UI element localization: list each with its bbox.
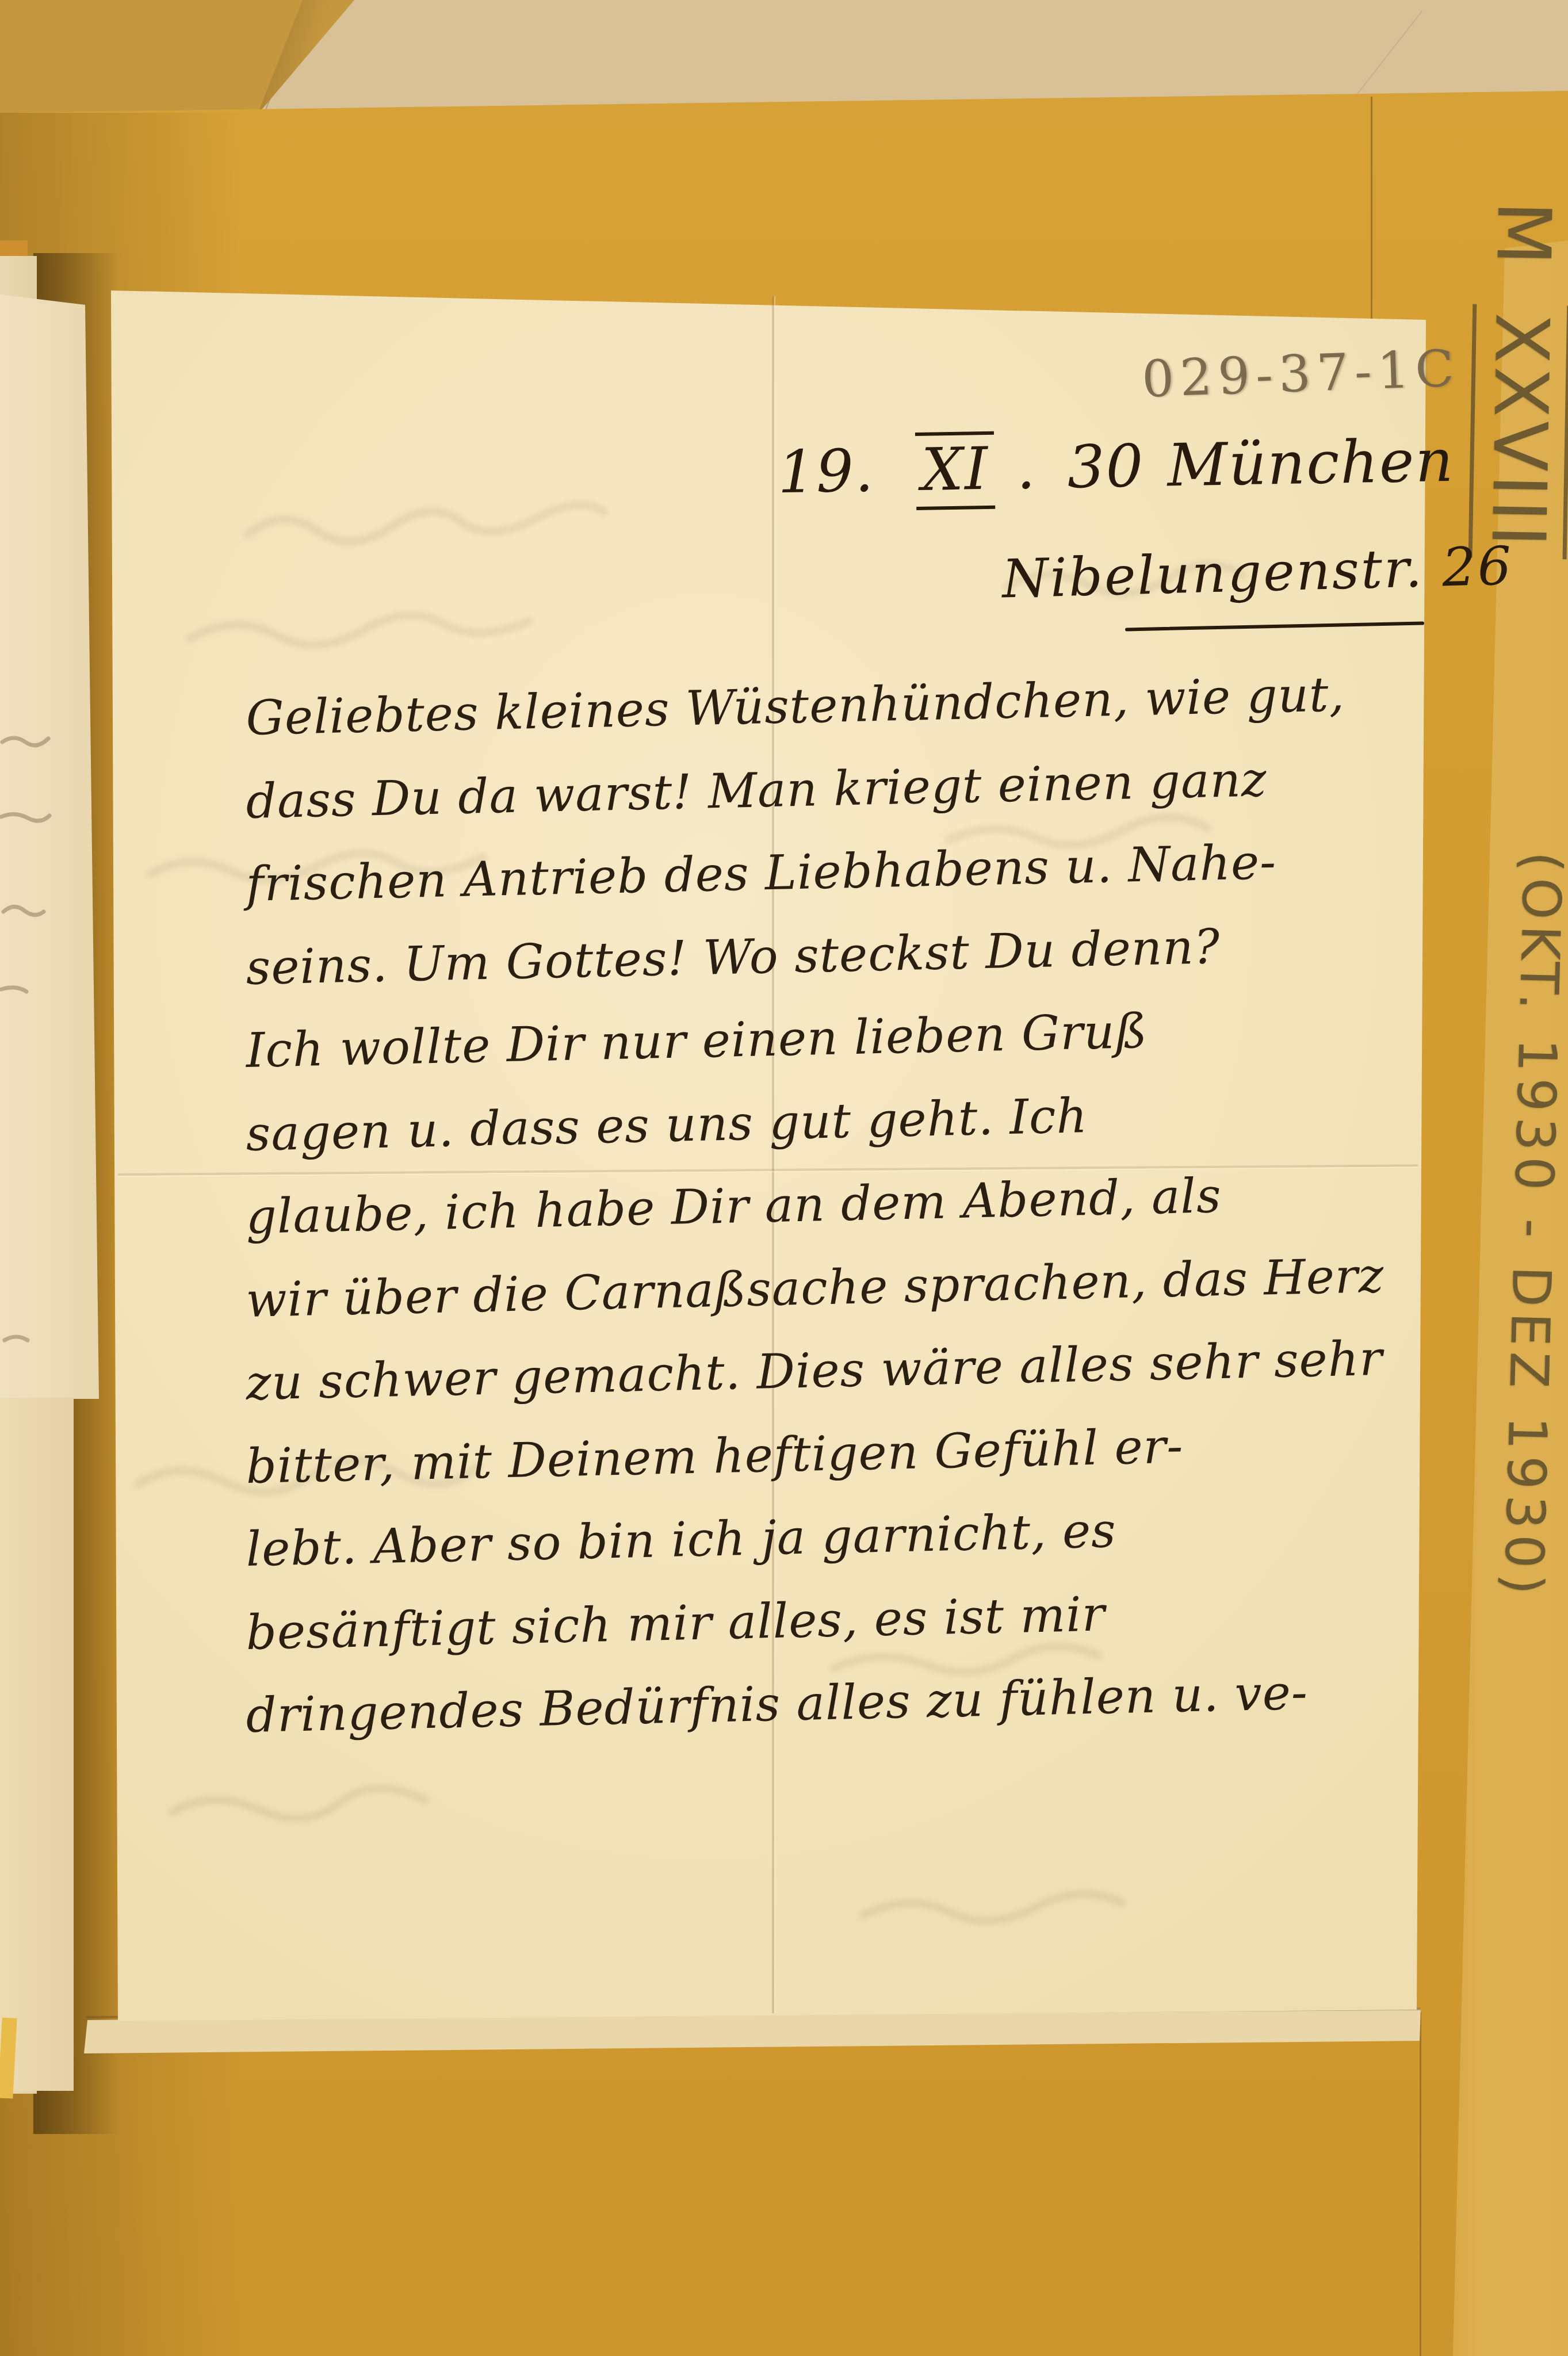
paper-stack-sheet (0, 294, 99, 1399)
folder-crease (1420, 2012, 1421, 2356)
archive-photo: MXXVIII (OKT. 1930 - DEZ 1930) (0, 0, 1568, 2356)
folder-spine-label: MXXVIII (1475, 201, 1567, 559)
date-day: 19. (777, 437, 875, 507)
date-period: . (1016, 434, 1037, 503)
archive-number: 029-37-1C (1141, 338, 1460, 408)
spine-volume-numeral: XXVIII (1468, 304, 1568, 559)
date-year: 30 (1067, 432, 1145, 502)
date-month-roman: XI (915, 431, 995, 510)
spine-volume-letter: M (1479, 201, 1566, 283)
background-card-corner (0, 0, 403, 115)
letter-body: Geliebtes kleines Wüstenhündchen, wie gu… (246, 684, 1466, 1765)
date-line: 19.XI.30München (777, 427, 1455, 507)
folder-crease (1371, 97, 1372, 327)
date-city: München (1167, 427, 1455, 500)
paper-stack-sheet (0, 1398, 74, 2091)
